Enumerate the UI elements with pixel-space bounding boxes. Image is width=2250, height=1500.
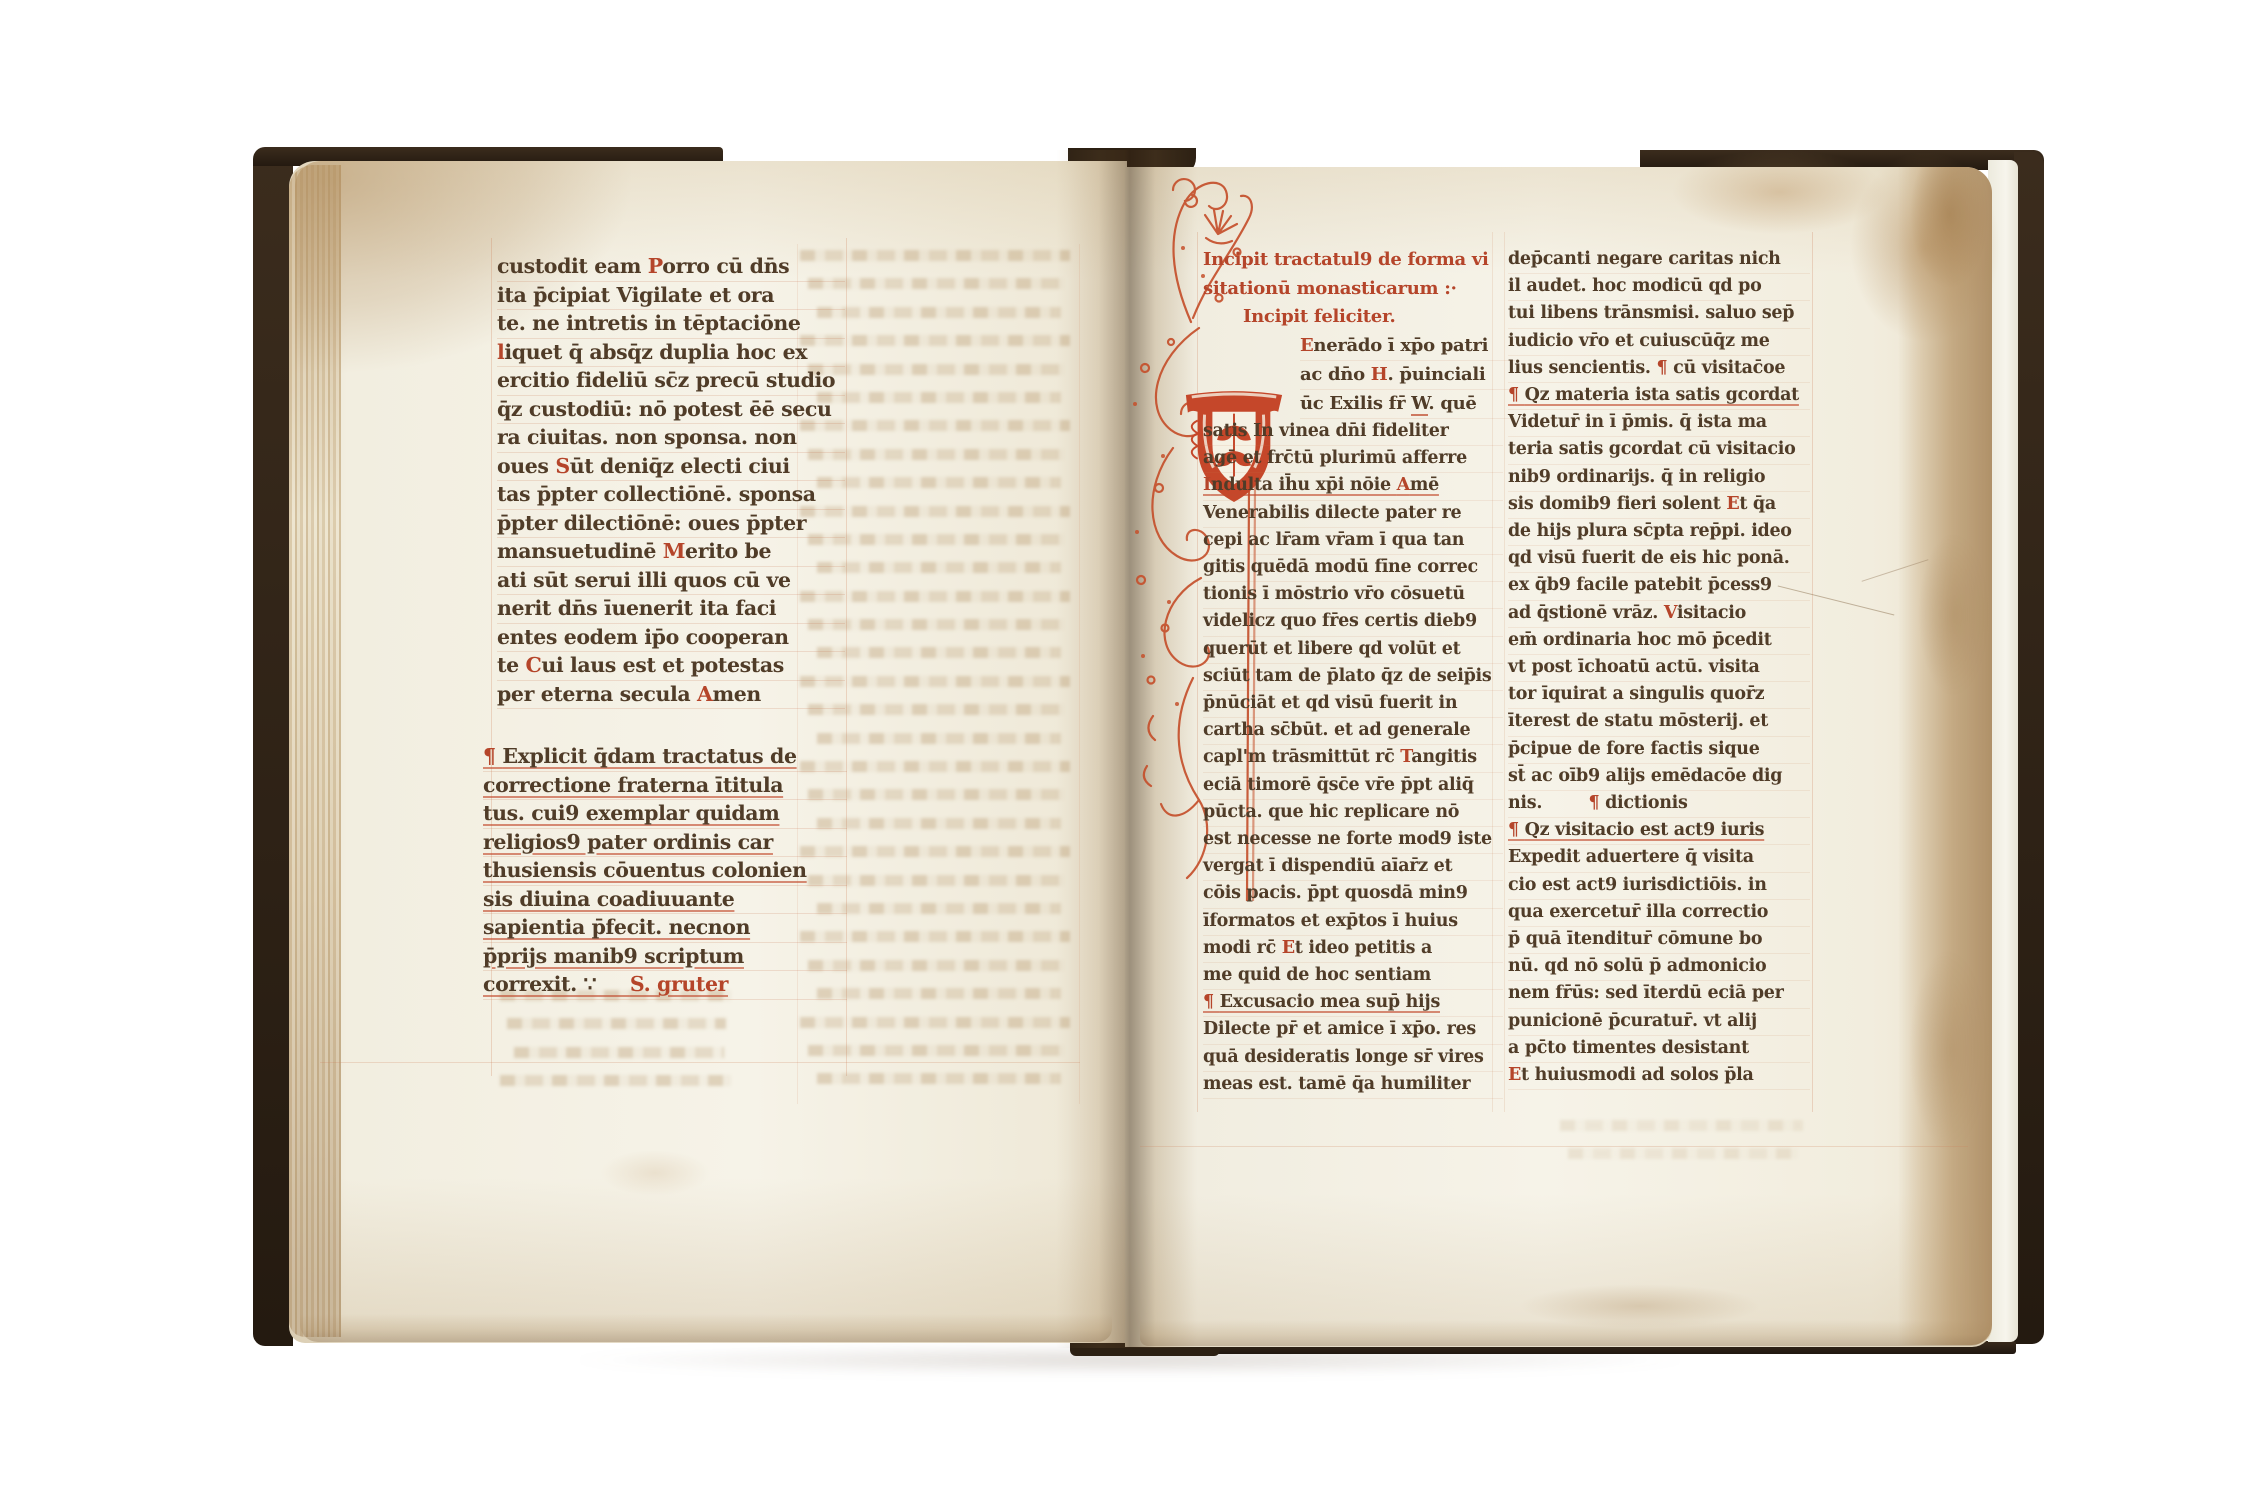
showthrough-row (817, 903, 1062, 914)
manuscript-line: ac dn̄o H. p̄uinciali (1300, 360, 1515, 389)
manuscript-line: cōis pacis. p̄pt quosdā min9 (1203, 880, 1503, 907)
right-page-intro-lines: Enerādo ī xp̄o patriac dn̄o H. p̄uincial… (1300, 331, 1515, 418)
manuscript-line: entes eodem ip̄o cooperan (497, 623, 845, 652)
manuscript-line: qd visū fuerit de eis hic ponā. (1508, 545, 1810, 572)
manuscript-line: tus. cui9 exemplar quidam (483, 799, 847, 828)
manuscript-line: satis In vinea dn̄i fideliter (1203, 418, 1503, 445)
showthrough-row (817, 647, 1062, 658)
manuscript-line: sitationū monasticarum :· (1203, 275, 1513, 304)
flyleaf-edge (1988, 160, 2018, 1342)
manuscript-line: p̄ quā ītenditur̄ cōmune bo (1508, 926, 1810, 953)
showthrough-row (808, 1045, 1064, 1056)
showthrough-row (808, 449, 1064, 460)
left-page-bottom-edge (300, 1314, 1112, 1342)
manuscript-line: nerit dn̄s īuenerit ita faci (497, 594, 845, 623)
showthrough-row (817, 477, 1062, 488)
manuscript-line: ita p̄cipiat Vigilate et ora (497, 281, 845, 310)
manuscript-line: il audet. hoc modicū qd po (1508, 273, 1810, 300)
manuscript-line: Et huiusmodi ad solos p̄la (1508, 1062, 1810, 1089)
manuscript-line: st̄ ac oīb9 alijs emēdacōe dig (1508, 763, 1810, 790)
manuscript-line: sapientia p̄fecit. necnon (483, 913, 847, 942)
manuscript-line: Expedit aduertere q̄ visita (1508, 844, 1810, 871)
manuscript-line: Videtur̄ in ī p̄mis. q̄ ista ma (1508, 409, 1810, 436)
manuscript-line: ¶ Qz visitacio est act9 iuris (1508, 817, 1810, 844)
manuscript-line: Enerādo ī xp̄o patri (1300, 331, 1515, 360)
photo-background: custodit eam Porro cū dn̄sita p̄cipiat V… (0, 0, 2250, 1500)
showthrough-row (817, 562, 1062, 573)
manuscript-line: religios9 pater ordinis car (483, 828, 847, 857)
manuscript-line: p̄pter dilectiōnē: oues p̄pter (497, 509, 845, 538)
manuscript-line: qua exercetur̄ illa correctio (1508, 899, 1810, 926)
showthrough-row (817, 733, 1062, 744)
manuscript-line: p̄nūciāt et qd visū fuerit in (1203, 690, 1503, 717)
manuscript-line: ūc Exilis fr̄ W. quē (1300, 389, 1515, 418)
left-page-text-column: custodit eam Porro cū dn̄sita p̄cipiat V… (497, 252, 845, 708)
showthrough-row (808, 278, 1064, 289)
right-page-bottom-edge (1140, 1320, 1990, 1346)
showthrough-row (817, 307, 1062, 318)
parchment-stain (1850, 152, 2000, 342)
rubric-heading: Incipit tractatul9 de forma visitationū … (1203, 246, 1513, 332)
manuscript-line: vt post īchoatū actū. visita (1508, 654, 1810, 681)
manuscript-line: punicionē p̄curatur̄. vt alij (1508, 1008, 1810, 1035)
manuscript-line: te. ne intretis in tēptaciōne (497, 309, 845, 338)
manuscript-line: Incipit tractatul9 de forma vi (1203, 246, 1513, 275)
showthrough-row (808, 619, 1064, 630)
right-page-column-2: dep̄canti negare caritas nichil audet. h… (1508, 246, 1810, 1089)
showthrough-text-block (1560, 1120, 1810, 1180)
manuscript-line: nem fr̄ūs: sed īterdū eciā per (1508, 980, 1810, 1007)
manuscript-line: querūt et libere qd volūt et (1203, 636, 1503, 663)
right-page-fore-edge-stains (1898, 167, 1992, 1345)
manuscript-line: te Cui laus est et potestas (497, 651, 845, 680)
manuscript-line: tor īquirat a singulis quor̄z (1508, 681, 1810, 708)
manuscript-line: sis domib9 fieri solent Et q̄a (1508, 491, 1810, 518)
showthrough-row (817, 392, 1062, 403)
manuscript-line: sis diuina coadiuuante (483, 885, 847, 914)
manuscript-line: eciā timorē q̄sc̄e vr̄e p̄pt aliq̄ (1203, 772, 1503, 799)
manuscript-line: iudicio vr̄o et cuiuscūq̄z me (1508, 328, 1810, 355)
manuscript-line: thusiensis cōuentus colonien (483, 856, 847, 885)
showthrough-row (808, 704, 1064, 715)
manuscript-line: correxit. ∵ S. gruter (483, 970, 847, 999)
column-ruling-line (1812, 232, 1813, 1112)
manuscript-line: pūcta. que hic replicare nō (1203, 799, 1503, 826)
column-ruling-line (1079, 244, 1080, 1104)
showthrough-text-block (500, 990, 738, 1110)
showthrough-row (808, 364, 1064, 375)
parchment-stain (1520, 1284, 1760, 1328)
manuscript-line: ¶ Qz materia ista satis gcordat (1508, 382, 1810, 409)
manuscript-line: dep̄canti negare caritas nich (1508, 246, 1810, 273)
manuscript-line: īterest de statu mōsterij. et (1508, 708, 1810, 735)
showthrough-row (500, 1075, 731, 1086)
showthrough-row (514, 1047, 723, 1058)
manuscript-line: me quid de hoc sentiam (1203, 962, 1503, 989)
manuscript-line: nū. qd nō solū p̄ admonicio (1508, 953, 1810, 980)
manuscript-line: gitis quēdā modū fīne correc (1203, 554, 1503, 581)
manuscript-line: custodit eam Porro cū dn̄s (497, 252, 845, 281)
manuscript-line: ¶ Excusacio mea sup̄ hijs (1203, 989, 1503, 1016)
book-cover-left-board (253, 150, 293, 1346)
manuscript-line: sciūt tam de p̄lato q̄z de seip̄is (1203, 663, 1503, 690)
showthrough-row (1560, 1120, 1803, 1131)
manuscript-line: oues Sūt deniq̄z electi ciui (497, 452, 845, 481)
manuscript-line: ex q̄b9 facile patebit p̄cess9 (1508, 572, 1810, 599)
manuscript-line: agē et frc̄tū plurimū afferre (1203, 445, 1503, 472)
manuscript-line: nib9 ordinarijs. q̄ in religio (1508, 464, 1810, 491)
manuscript-line: capl'm trāsmittūt rc̄ Tangitis (1203, 744, 1503, 771)
manuscript-line: de hijs plura sc̄pta rep̄pi. ideo (1508, 518, 1810, 545)
manuscript-line: tas p̄pter collectiōnē. sponsa (497, 480, 845, 509)
manuscript-line: vergat ī dispendiū aīar̄z et (1203, 853, 1503, 880)
parchment-stain (600, 1150, 710, 1196)
manuscript-line: ra ciuitas. non sponsa. non (497, 423, 845, 452)
manuscript-line: a pc̄to timentes desistant (1508, 1035, 1810, 1062)
right-page-column-1: satis In vinea dn̄i fideliteragē et frc̄… (1203, 418, 1503, 1098)
manuscript-line: Incipit feliciter. (1203, 303, 1513, 332)
manuscript-line: p̄cipue de fore factis sique (1508, 736, 1810, 763)
manuscript-line: cio est act9 iurisdictiōis. in (1508, 872, 1810, 899)
manuscript-line: nis. ¶ dictionis (1508, 790, 1810, 817)
manuscript-line: q̄z custodiū: nō potest ēē secu (497, 395, 845, 424)
manuscript-line: ad q̄stionē vrāz. Visitacio (1508, 600, 1810, 627)
manuscript-line: quā desideratis longe sr̄ vires (1203, 1044, 1503, 1071)
manuscript-line: mansuetudinē Merito be (497, 537, 845, 566)
showthrough-row (817, 988, 1062, 999)
showthrough-row (817, 818, 1062, 829)
manuscript-line: est necesse ne forte mod9 iste (1203, 826, 1503, 853)
manuscript-line: modi rc̄ Et ideo petitis a (1203, 935, 1503, 962)
manuscript-line: ¶ Explicit q̄dam tractatus de (483, 742, 847, 771)
manuscript-line: Venerabilis dilecte pater re (1203, 500, 1503, 527)
manuscript-line: correctione fraterna ītitula (483, 771, 847, 800)
showthrough-row (808, 534, 1064, 545)
manuscript-line: cartha sc̄būt. et ad generale (1203, 717, 1503, 744)
manuscript-line: meas est. tamē q̄a humiliter (1203, 1071, 1503, 1098)
showthrough-row (1568, 1148, 1798, 1159)
manuscript-line: Dilecte pr̄ et amice ī xp̄o. res (1203, 1016, 1503, 1043)
book-cover-right-board (2014, 152, 2044, 1344)
showthrough-row (800, 1017, 1070, 1028)
manuscript-line: tionis ī mōstrio vr̄o cōsuetū (1203, 581, 1503, 608)
showthrough-row (817, 1073, 1062, 1084)
manuscript-line: p̄prijs manib9 scriptum (483, 942, 847, 971)
explicit-colophon-block: ¶ Explicit q̄dam tractatus decorrectione… (483, 742, 847, 999)
manuscript-line: lius sencientis. ¶ cū visitac̄oe (1508, 355, 1810, 382)
manuscript-line: videlicz quo fr̄es certis dieb9 (1203, 608, 1503, 635)
manuscript-line: cepi ac lr̄am vr̄am ī qua tan (1203, 527, 1503, 554)
manuscript-line: liquet q̄ absq̄z duplia hoc ex (497, 338, 845, 367)
manuscript-line: em̄ ordinaria hoc mō p̄cedit (1508, 627, 1810, 654)
manuscript-line: teria satis gcordat cū visitacio (1508, 436, 1810, 463)
manuscript-line: Indulta ih̄u xp̄i nōie Amē (1203, 472, 1503, 499)
manuscript-line: īformatos et exp̄tos ī huius (1203, 908, 1503, 935)
manuscript-line: tui libens trānsmisi. saluo sep̄ (1508, 300, 1810, 327)
manuscript-line: per eterna secula Amen (497, 680, 845, 709)
manuscript-line: ercitio fideliū sc̄z precū studio (497, 366, 845, 395)
horizontal-ruling-line (1140, 1146, 1968, 1147)
manuscript-line: ati sūt serui illi quos cū ve (497, 566, 845, 595)
showthrough-row (507, 1018, 726, 1029)
